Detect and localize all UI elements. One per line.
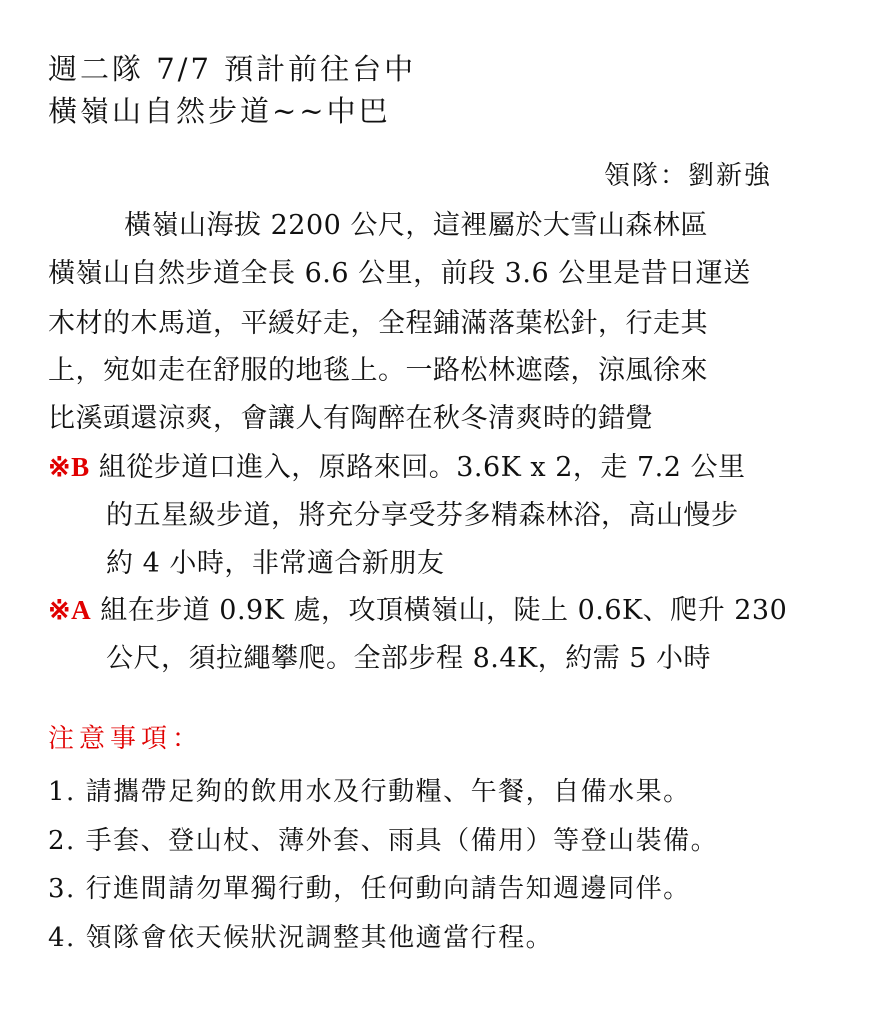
group-a-line: ※A 組在步道 0.9K 處，攻頂橫嶺山，陡上 0.6K、爬升 230 [48,597,787,624]
notice-item: 1. 請攜帶足夠的飲用水及行動糧、午餐，自備水果。 [48,779,691,805]
intro-line: 橫嶺山自然步道全長 6.6 公里，前段 3.6 公里是昔日運送 [48,260,751,287]
intro-line: 比溪頭還涼爽，會讓人有陶醉在秋冬清爽時的錯覺 [48,405,653,432]
title-line-1: 週二隊 7/7 預計前往台中 [48,55,416,84]
hiking-notice-document: 週二隊 7/7 預計前往台中 橫嶺山自然步道~~中巴 領隊：劉新強 橫嶺山海拔 … [0,0,872,1022]
group-a-line: 公尺，須拉繩攀爬。全部步程 8.4K，約需 5 小時 [106,645,711,672]
group-a-marker: ※A [48,595,91,625]
group-a-text: 組在步道 0.9K 處，攻頂橫嶺山，陡上 0.6K、爬升 230 [91,595,787,626]
intro-line: 上，宛如走在舒服的地毯上。一路松林遮蔭，涼風徐來 [48,357,708,384]
leader-name: 領隊：劉新強 [604,163,772,189]
notice-item: 4. 領隊會依天候狀況調整其他適當行程。 [48,925,553,951]
title-line-2: 橫嶺山自然步道~~中巴 [48,97,391,126]
group-b-line: 的五星級步道，將充分享受芬多精森林浴，高山慢步 [106,502,739,529]
notice-heading: 注意事項： [48,726,203,752]
intro-line: 橫嶺山海拔 2200 公尺，這裡屬於大雪山森林區 [124,212,708,239]
intro-line: 木材的木馬道，平緩好走，全程鋪滿落葉松針，行走其 [48,310,708,337]
group-b-line: 約 4 小時，非常適合新朋友 [106,550,444,577]
notice-item: 3. 行進間請勿單獨行動，任何動向請告知週邊同伴。 [48,876,691,902]
group-b-text: 組從步道口進入，原路來回。3.6K x 2，走 7.2 公里 [90,452,746,483]
group-b-marker: ※B [48,452,90,482]
notice-item: 2. 手套、登山杖、薄外套、雨具（備用）等登山裝備。 [48,828,718,854]
group-b-line: ※B 組從步道口進入，原路來回。3.6K x 2，走 7.2 公里 [48,454,746,481]
